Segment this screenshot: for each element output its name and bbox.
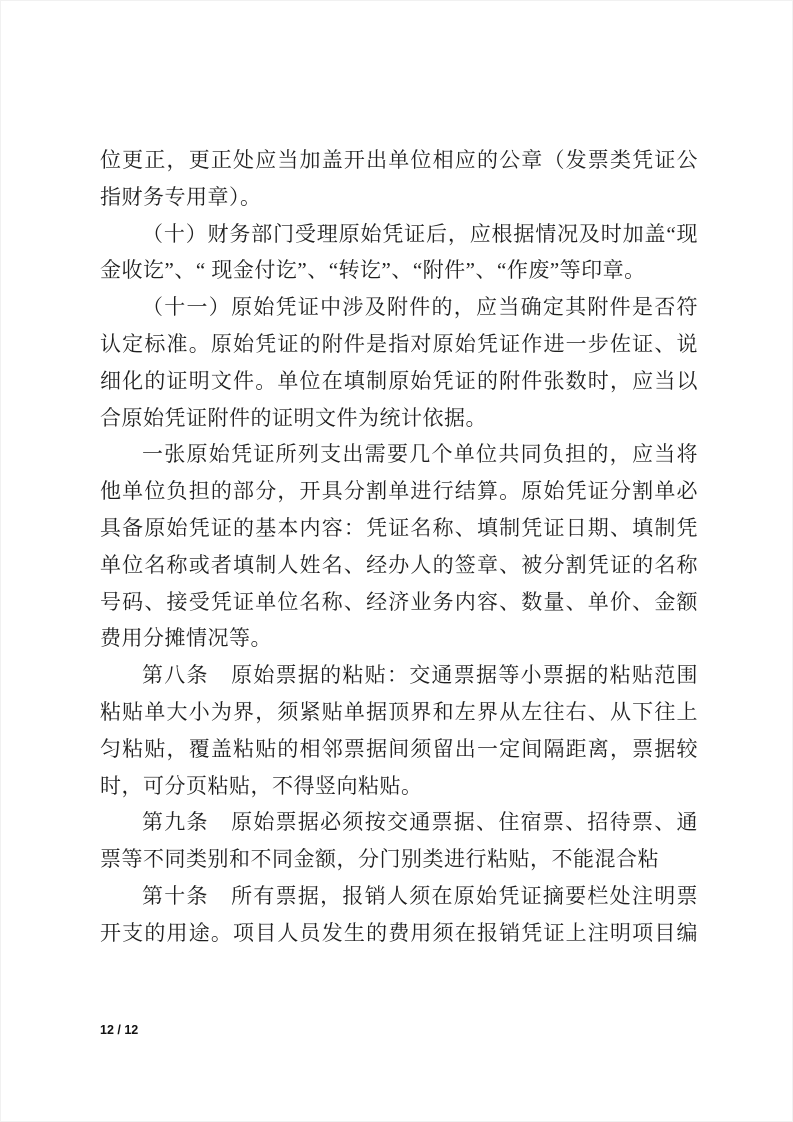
text-line: 单位名称或者填制人姓名、经办人的签章、被分割凭证的名称及 (100, 547, 698, 584)
text-line: 匀粘贴，覆盖粘贴的相邻票据间须留出一定间隔距离，票据较多 (100, 731, 698, 768)
text-line: 第九条 原始票据必须按交通票据、住宿票、招待票、通讯 (100, 804, 698, 841)
paragraph: （十一）原始凭证中涉及附件的，应当确定其附件是否符合 认定标准。原始凭证的附件是… (100, 289, 698, 436)
paragraph: 一张原始凭证所列支出需要几个单位共同负担的，应当将其 他单位负担的部分，开具分割… (100, 436, 698, 657)
paragraph: （十）财务部门受理原始凭证后，应根据情况及时加盖“现 金收讫”、“ 现金付讫”、… (100, 216, 698, 290)
paragraph: 第八条 原始票据的粘贴：交通票据等小票据的粘贴范围以 粘贴单大小为界，须紧贴单据… (100, 657, 698, 804)
text-line: 时，可分页粘贴，不得竖向粘贴。 (100, 768, 698, 805)
text-line: （十）财务部门受理原始凭证后，应根据情况及时加盖“现 (100, 216, 698, 253)
paragraph: 第十条 所有票据，报销人须在原始凭证摘要栏处注明票据 开支的用途。项目人员发生的… (100, 878, 698, 952)
text-line: 一张原始凭证所列支出需要几个单位共同负担的，应当将其 (100, 436, 698, 473)
text-line: 细化的证明文件。单位在填制原始凭证的附件张数时，应当以符 (100, 363, 698, 400)
text-line: 第十条 所有票据，报销人须在原始凭证摘要栏处注明票据 (100, 878, 698, 915)
paragraph: 第九条 原始票据必须按交通票据、住宿票、招待票、通讯 票等不同类别和不同金额，分… (100, 804, 698, 878)
text-line: 开支的用途。项目人员发生的费用须在报销凭证上注明项目编号、 (100, 915, 698, 952)
document-page: 位更正，更正处应当加盖开出单位相应的公章（发票类凭证公章 指财务专用章）。 （十… (0, 0, 793, 1122)
text-line: 指财务专用章）。 (100, 179, 698, 216)
text-line: 位更正，更正处应当加盖开出单位相应的公章（发票类凭证公章 (100, 142, 698, 179)
text-line: 粘贴单大小为界，须紧贴单据顶界和左界从左往右、从下往上均 (100, 694, 698, 731)
text-line: （十一）原始凭证中涉及附件的，应当确定其附件是否符合 (100, 289, 698, 326)
text-line: 号码、接受凭证单位名称、经济业务内容、数量、单价、金额和 (100, 584, 698, 621)
paragraph: 位更正，更正处应当加盖开出单位相应的公章（发票类凭证公章 指财务专用章）。 (100, 142, 698, 216)
text-line: 他单位负担的部分，开具分割单进行结算。原始凭证分割单必须 (100, 473, 698, 510)
text-line: 费用分摊情况等。 (100, 620, 698, 657)
text-line: 合原始凭证附件的证明文件为统计依据。 (100, 400, 698, 437)
text-line: 第八条 原始票据的粘贴：交通票据等小票据的粘贴范围以 (100, 657, 698, 694)
text-line: 票等不同类别和不同金额，分门别类进行粘贴，不能混合粘贴。 (100, 841, 698, 878)
text-line: 具备原始凭证的基本内容：凭证名称、填制凭证日期、填制凭证 (100, 510, 698, 547)
page-number: 12 / 12 (100, 1022, 138, 1038)
text-line: 认定标准。原始凭证的附件是指对原始凭证作进一步佐证、说明、 (100, 326, 698, 363)
body-text: 位更正，更正处应当加盖开出单位相应的公章（发票类凭证公章 指财务专用章）。 （十… (100, 142, 698, 952)
text-line: 金收讫”、“ 现金付讫”、“转讫”、“附件”、“作废”等印章。 (100, 252, 698, 289)
